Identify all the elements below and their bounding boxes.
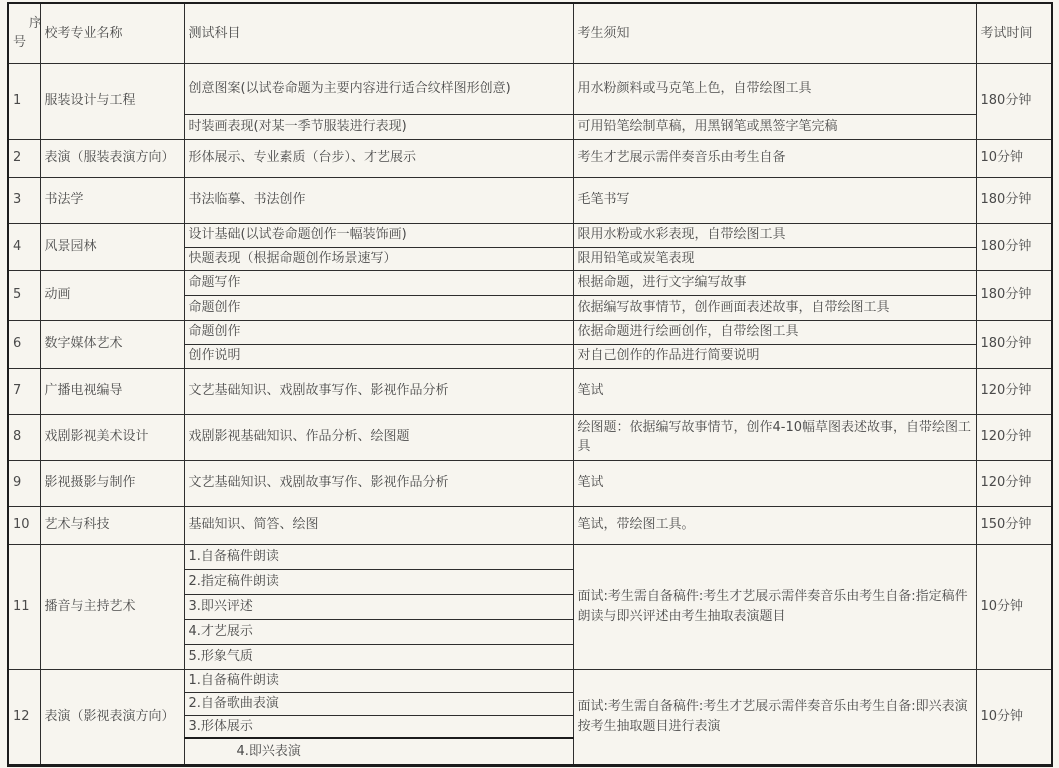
notice-cell: 根据命题，进行文字编写故事 xyxy=(573,270,976,295)
notice-cell: 毛笔书写 xyxy=(573,177,976,223)
notice-cell: 依据命题进行绘画创作，自带绘图工具 xyxy=(573,320,976,344)
header-subject: 测试科目 xyxy=(184,3,573,63)
header-major: 校考专业名称 xyxy=(40,3,184,63)
subject-cell: 命题创作 xyxy=(184,295,573,320)
row-major: 表演（影视表演方向） xyxy=(40,669,184,765)
header-notice: 考生须知 xyxy=(573,3,976,63)
time-cell: 180分钟 xyxy=(976,320,1052,368)
table-row: 9 影视摄影与制作 文艺基础知识、戏剧故事写作、影视作品分析 笔试 120分钟 xyxy=(8,460,1052,506)
time-cell: 150分钟 xyxy=(976,506,1052,544)
row-major: 数字媒体艺术 xyxy=(40,320,184,368)
table-row: 12 表演（影视表演方向） 1.自备稿件朗读 面试:考生需自备稿件:考生才艺展示… xyxy=(8,669,1052,692)
row-no: 2 xyxy=(8,139,40,177)
time-cell: 10分钟 xyxy=(976,544,1052,669)
notice-cell: 绘图题：依据编写故事情节，创作4-10幅草图表述故事，自带绘图工具 xyxy=(573,414,976,460)
row-major: 书法学 xyxy=(40,177,184,223)
time-cell: 10分钟 xyxy=(976,669,1052,765)
notice-cell: 面试:考生需自备稿件:考生才艺展示需伴奏音乐由考生自备:指定稿件朗读与即兴评述由… xyxy=(573,544,976,669)
notice-cell: 考生才艺展示需伴奏音乐由考生自备 xyxy=(573,139,976,177)
row-no: 10 xyxy=(8,506,40,544)
time-cell: 180分钟 xyxy=(976,223,1052,270)
notice-cell: 面试:考生需自备稿件:考生才艺展示需伴奏音乐由考生自备:即兴表演按考生抽取题目进… xyxy=(573,669,976,765)
exam-table-container: 序号 校考专业名称 测试科目 考生须知 考试时间 1 服装设计与工程 创意图案(… xyxy=(7,2,1053,767)
subject-cell: 时装画表现(对某一季节服装进行表现) xyxy=(184,114,573,139)
notice-cell: 用水粉颜料或马克笔上色，自带绘图工具 xyxy=(573,63,976,114)
subject-cell: 命题创作 xyxy=(184,320,573,344)
subject-cell: 命题写作 xyxy=(184,270,573,295)
row-no: 12 xyxy=(8,669,40,765)
notice-cell: 可用铅笔绘制草稿，用黑钢笔或黑签字笔完稿 xyxy=(573,114,976,139)
subject-cell: 书法临摹、书法创作 xyxy=(184,177,573,223)
table-row: 11 播音与主持艺术 1.自备稿件朗读 面试:考生需自备稿件:考生才艺展示需伴奏… xyxy=(8,544,1052,569)
row-no: 9 xyxy=(8,460,40,506)
row-major: 广播电视编导 xyxy=(40,368,184,414)
table-row: 3 书法学 书法临摹、书法创作 毛笔书写 180分钟 xyxy=(8,177,1052,223)
notice-cell: 限用铅笔或炭笔表现 xyxy=(573,247,976,270)
time-cell: 120分钟 xyxy=(976,460,1052,506)
subject-cell: 戏剧影视基础知识、作品分析、绘图题 xyxy=(184,414,573,460)
row-major: 风景园林 xyxy=(40,223,184,270)
row-major: 播音与主持艺术 xyxy=(40,544,184,669)
subject-cell: 基础知识、简答、绘图 xyxy=(184,506,573,544)
table-row: 1 服装设计与工程 创意图案(以试卷命题为主要内容进行适合纹样图形创意) 用水粉… xyxy=(8,63,1052,114)
notice-cell: 笔试 xyxy=(573,368,976,414)
table-row: 5 动画 命题写作 根据命题，进行文字编写故事 180分钟 xyxy=(8,270,1052,295)
subject-cell: 2.指定稿件朗读 xyxy=(184,569,573,594)
row-no: 1 xyxy=(8,63,40,139)
subject-cell: 1.自备稿件朗读 xyxy=(184,669,573,692)
row-no: 7 xyxy=(8,368,40,414)
notice-cell: 限用水粉或水彩表现，自带绘图工具 xyxy=(573,223,976,247)
header-no: 序号 xyxy=(8,3,40,63)
row-no: 11 xyxy=(8,544,40,669)
table-row: 6 数字媒体艺术 命题创作 依据命题进行绘画创作，自带绘图工具 180分钟 xyxy=(8,320,1052,344)
notice-cell: 依据编写故事情节，创作画面表述故事，自带绘图工具 xyxy=(573,295,976,320)
exam-schedule-table: 序号 校考专业名称 测试科目 考生须知 考试时间 1 服装设计与工程 创意图案(… xyxy=(7,2,1053,767)
row-no: 5 xyxy=(8,270,40,320)
row-no: 6 xyxy=(8,320,40,368)
notice-cell: 笔试 xyxy=(573,460,976,506)
subject-cell: 文艺基础知识、戏剧故事写作、影视作品分析 xyxy=(184,460,573,506)
time-cell: 180分钟 xyxy=(976,177,1052,223)
time-cell: 120分钟 xyxy=(976,368,1052,414)
subject-cell: 4.才艺展示 xyxy=(184,619,573,644)
subject-cell: 1.自备稿件朗读 xyxy=(184,544,573,569)
table-row: 7 广播电视编导 文艺基础知识、戏剧故事写作、影视作品分析 笔试 120分钟 xyxy=(8,368,1052,414)
time-cell: 180分钟 xyxy=(976,63,1052,139)
table-row: 2 表演（服装表演方向） 形体展示、专业素质（台步）、才艺展示 考生才艺展示需伴… xyxy=(8,139,1052,177)
table-row: 4 风景园林 设计基础(以试卷命题创作一幅装饰画) 限用水粉或水彩表现，自带绘图… xyxy=(8,223,1052,247)
row-major: 服装设计与工程 xyxy=(40,63,184,139)
subject-cell: 4.即兴表演 xyxy=(184,738,573,765)
row-major: 表演（服装表演方向） xyxy=(40,139,184,177)
time-cell: 120分钟 xyxy=(976,414,1052,460)
row-no: 8 xyxy=(8,414,40,460)
table-header-row: 序号 校考专业名称 测试科目 考生须知 考试时间 xyxy=(8,3,1052,63)
row-major: 影视摄影与制作 xyxy=(40,460,184,506)
subject-cell: 2.自备歌曲表演 xyxy=(184,692,573,715)
row-no: 4 xyxy=(8,223,40,270)
subject-cell: 设计基础(以试卷命题创作一幅装饰画) xyxy=(184,223,573,247)
table-row: 10 艺术与科技 基础知识、简答、绘图 笔试，带绘图工具。 150分钟 xyxy=(8,506,1052,544)
time-cell: 180分钟 xyxy=(976,270,1052,320)
notice-cell: 笔试，带绘图工具。 xyxy=(573,506,976,544)
subject-cell: 3.形体展示 xyxy=(184,715,573,738)
subject-cell: 3.即兴评述 xyxy=(184,594,573,619)
row-no: 3 xyxy=(8,177,40,223)
subject-cell: 5.形象气质 xyxy=(184,644,573,669)
subject-cell: 文艺基础知识、戏剧故事写作、影视作品分析 xyxy=(184,368,573,414)
subject-cell: 形体展示、专业素质（台步）、才艺展示 xyxy=(184,139,573,177)
time-cell: 10分钟 xyxy=(976,139,1052,177)
subject-cell: 创意图案(以试卷命题为主要内容进行适合纹样图形创意) xyxy=(184,63,573,114)
row-major: 动画 xyxy=(40,270,184,320)
subject-cell: 创作说明 xyxy=(184,344,573,368)
notice-cell: 对自己创作的作品进行简要说明 xyxy=(573,344,976,368)
row-major: 艺术与科技 xyxy=(40,506,184,544)
table-row: 8 戏剧影视美术设计 戏剧影视基础知识、作品分析、绘图题 绘图题：依据编写故事情… xyxy=(8,414,1052,460)
row-major: 戏剧影视美术设计 xyxy=(40,414,184,460)
header-time: 考试时间 xyxy=(976,3,1052,63)
subject-cell: 快题表现（根据命题创作场景速写） xyxy=(184,247,573,270)
